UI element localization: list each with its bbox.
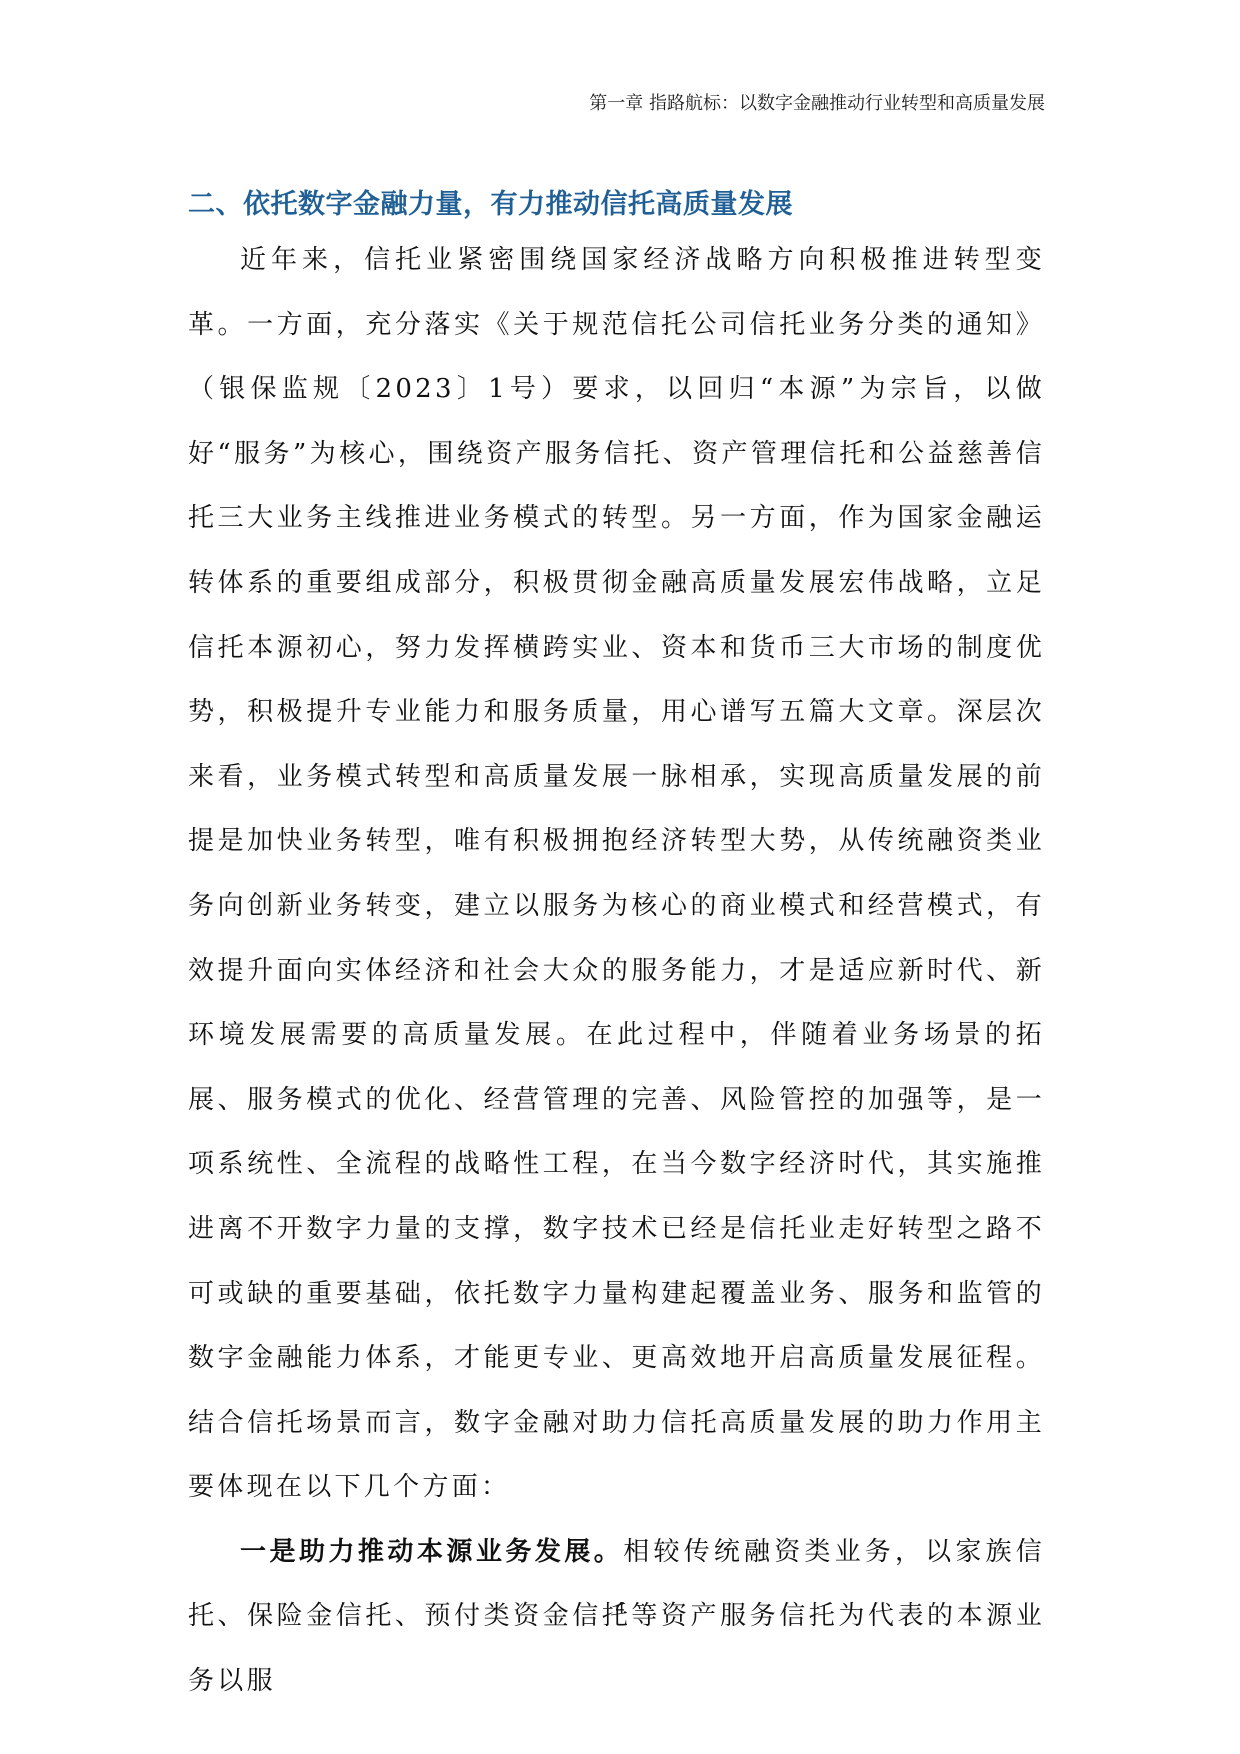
page-number: 4 xyxy=(0,1596,1240,1620)
running-header: 第一章 指路航标：以数字金融推动行业转型和高质量发展 xyxy=(589,90,1045,118)
body-text: 近年来，信托业紧密围绕国家经济战略方向积极推进转型变革。一方面，充分落实《关于规… xyxy=(188,228,1045,1714)
paragraph-lead-bold: 一是助力推动本源业务发展。 xyxy=(240,1537,623,1567)
section-heading: 二、依托数字金融力量，有力推动信托高质量发展 xyxy=(188,185,793,225)
paragraph-intro: 近年来，信托业紧密围绕国家经济战略方向积极推进转型变革。一方面，充分落实《关于规… xyxy=(188,228,1045,1520)
